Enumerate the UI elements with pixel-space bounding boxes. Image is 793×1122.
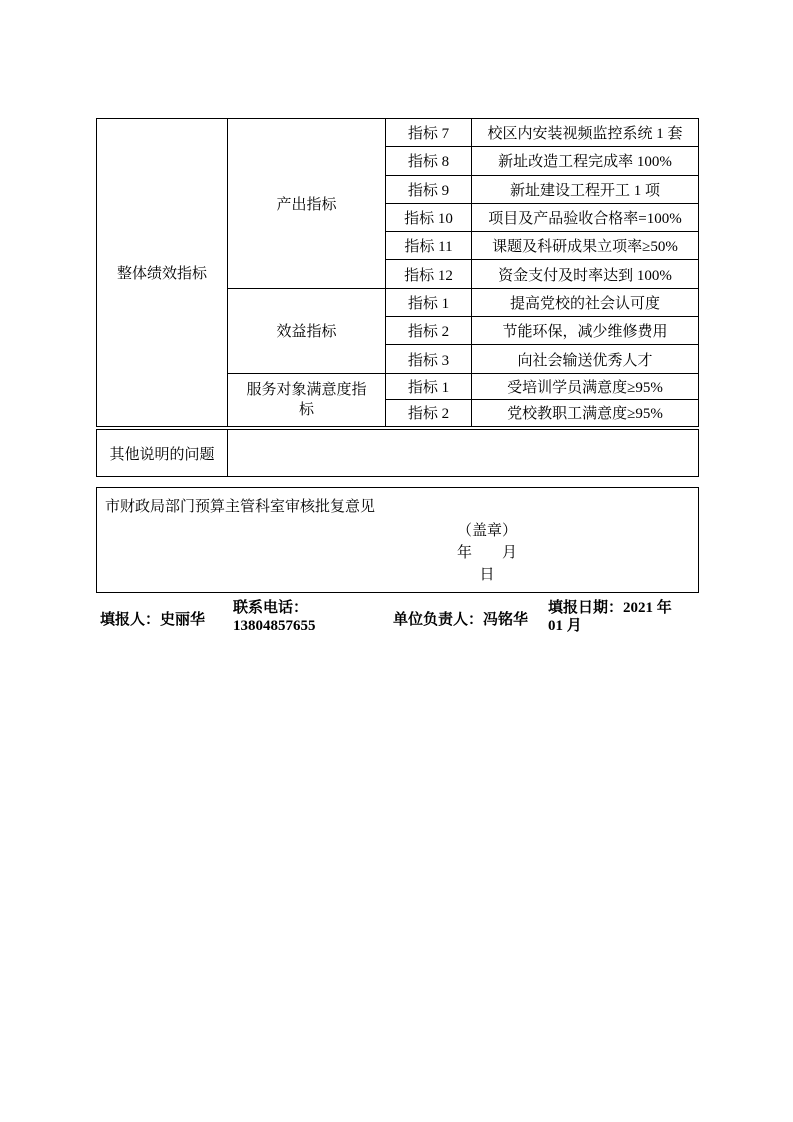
indicator-no-cell: 指标 1 (386, 373, 472, 400)
indicator-value-cell: 节能环保，减少维修费用 (472, 317, 699, 345)
day-line: 日 (407, 564, 567, 586)
indicator-value-cell: 项目及产品验收合格率=100% (472, 203, 699, 231)
footer-date: 填报日期：2021 年 01 月 (548, 599, 672, 635)
indicator-no-cell: 指标 2 (386, 317, 472, 345)
other-notes-label-cell: 其他说明的问题 (97, 430, 228, 477)
footer-filler: 填报人：史丽华 (100, 608, 205, 629)
indicator-no-cell: 指标 2 (386, 400, 472, 427)
year-month-line: 年 月 (407, 542, 567, 564)
group-label-cell: 整体绩效指标 (97, 119, 228, 427)
performance-indicators-table: 整体绩效指标 产出指标 指标 7 校区内安装视频监控系统 1 套 指标 8 新址… (96, 118, 699, 427)
indicator-value-cell: 课题及科研成果立项率≥50% (472, 232, 699, 260)
date-line2: 01 月 (548, 617, 672, 635)
other-notes-table: 其他说明的问题 (96, 429, 699, 477)
approval-opinion-box: 市财政局部门预算主管科室审核批复意见 （盖章） 年 月 日 (96, 487, 699, 593)
indicator-value-cell: 党校教职工满意度≥95% (472, 400, 699, 427)
other-notes-value-cell (228, 430, 699, 477)
indicator-no-cell: 指标 10 (386, 203, 472, 231)
stamp-line: （盖章） (407, 520, 567, 542)
indicator-value-cell: 受培训学员满意度≥95% (472, 373, 699, 400)
indicator-no-cell: 指标 3 (386, 345, 472, 373)
stamp-block: （盖章） 年 月 日 (407, 520, 567, 586)
date-line1: 填报日期：2021 年 (548, 599, 672, 617)
indicator-value-cell: 资金支付及时率达到 100% (472, 260, 699, 288)
phone-label: 联系电话： (233, 599, 316, 617)
category-cell: 服务对象满意度指标 (228, 373, 386, 426)
indicator-no-cell: 指标 8 (386, 147, 472, 175)
indicator-value-cell: 提高党校的社会认可度 (472, 288, 699, 316)
table-row: 整体绩效指标 产出指标 指标 7 校区内安装视频监控系统 1 套 (97, 119, 699, 147)
indicator-no-cell: 指标 12 (386, 260, 472, 288)
indicator-no-cell: 指标 9 (386, 175, 472, 203)
category-label: 服务对象满意度指标 (243, 380, 371, 420)
indicator-value-cell: 新址建设工程开工 1 项 (472, 175, 699, 203)
approval-title: 市财政局部门预算主管科室审核批复意见 (105, 495, 375, 516)
footer-unit-head: 单位负责人：冯铭华 (393, 608, 528, 629)
footer-phone: 联系电话： 13804857655 (233, 599, 316, 635)
indicator-no-cell: 指标 11 (386, 232, 472, 260)
table-row: 其他说明的问题 (97, 430, 699, 477)
indicator-no-cell: 指标 1 (386, 288, 472, 316)
category-cell: 效益指标 (228, 288, 386, 373)
indicator-value-cell: 新址改造工程完成率 100% (472, 147, 699, 175)
phone-number: 13804857655 (233, 617, 316, 635)
indicator-no-cell: 指标 7 (386, 119, 472, 147)
footer: 填报人：史丽华 联系电话： 13804857655 单位负责人：冯铭华 填报日期… (96, 596, 698, 640)
indicator-value-cell: 向社会输送优秀人才 (472, 345, 699, 373)
indicator-value-cell: 校区内安装视频监控系统 1 套 (472, 119, 699, 147)
category-cell: 产出指标 (228, 119, 386, 289)
